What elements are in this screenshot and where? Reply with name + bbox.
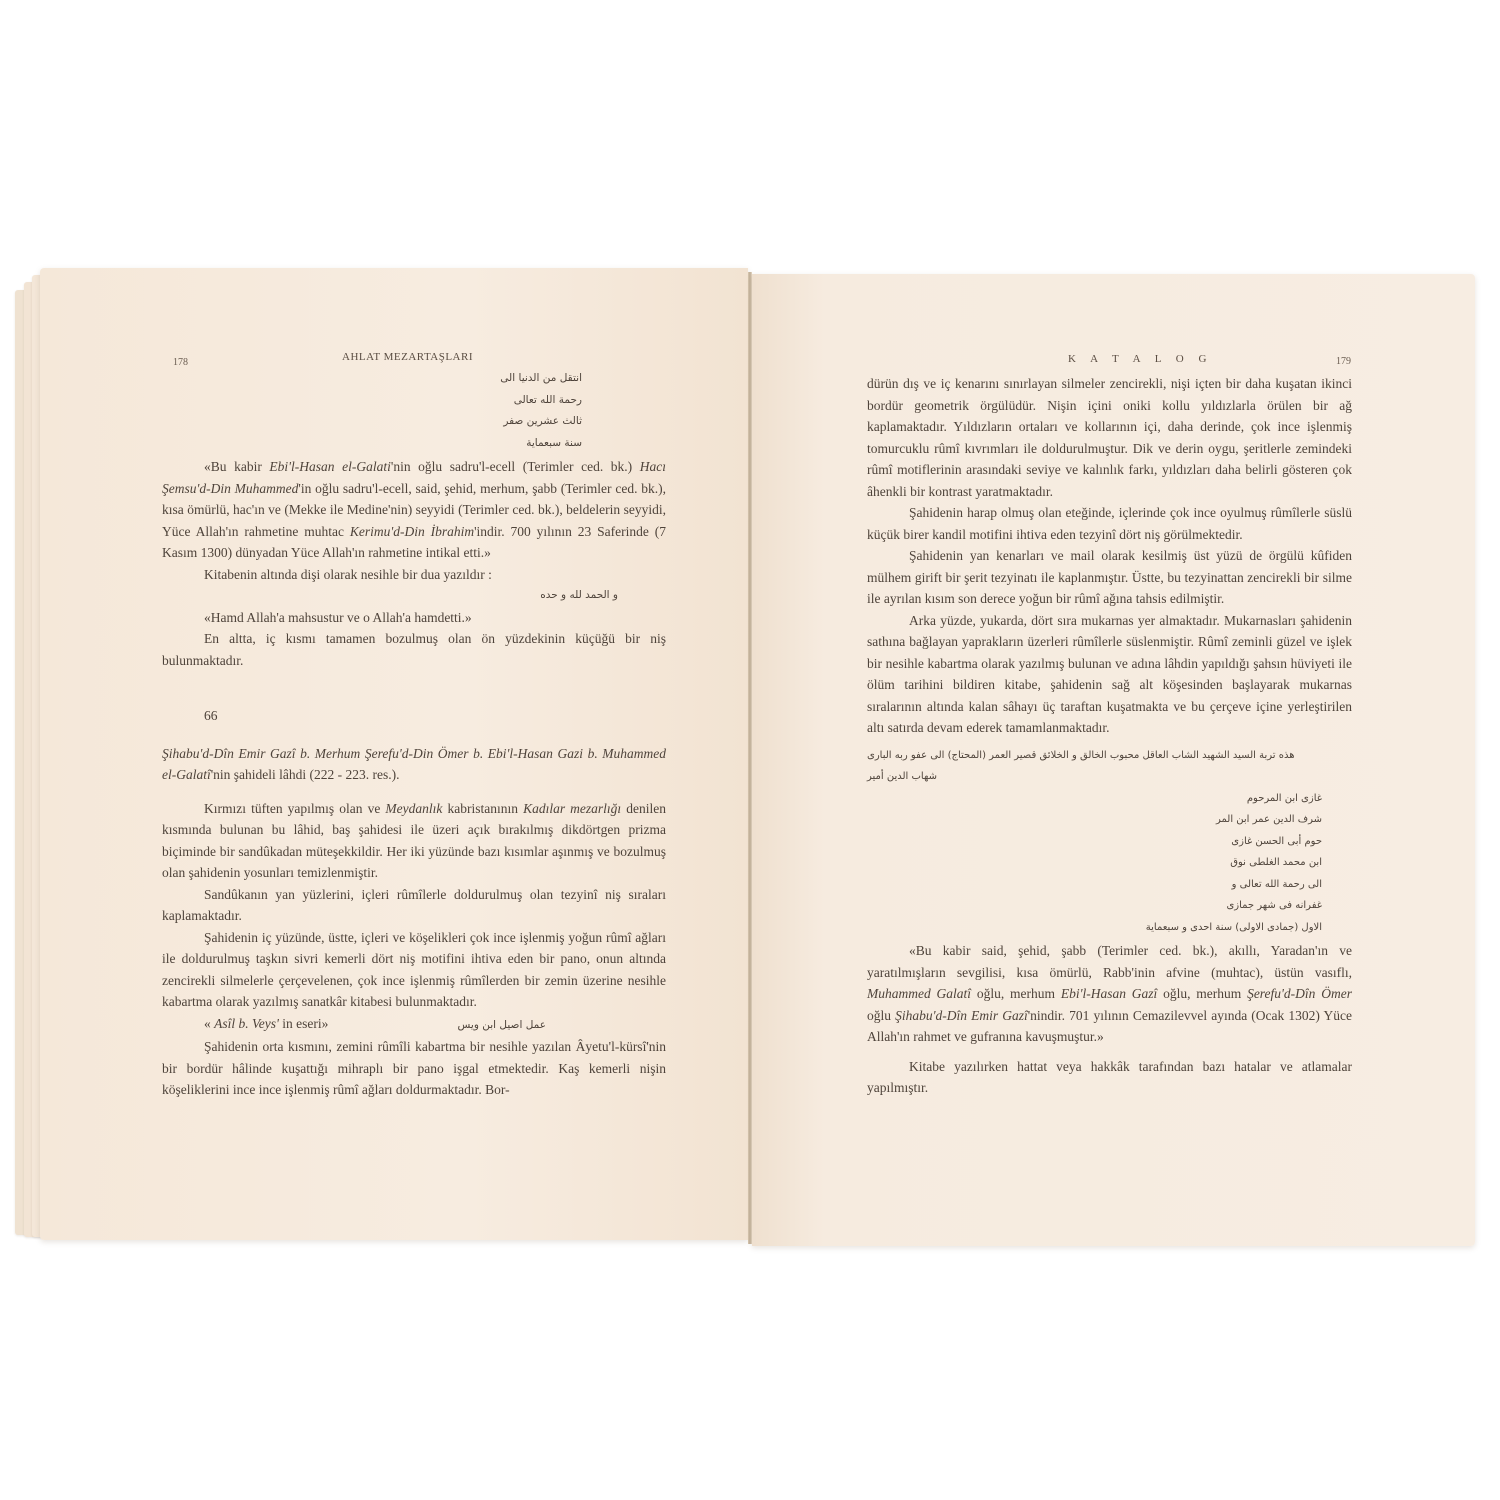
- paragraph: Şahidenin harap olmuş olan eteğinde, içl…: [867, 502, 1352, 545]
- arabic-line: انتقل من الدنيا الى: [470, 368, 582, 390]
- paragraph: Kırmızı tüften yapılmış olan ve Meydanlı…: [162, 798, 666, 884]
- arabic-dua: و الحمد لله و حده: [162, 585, 666, 607]
- arabic-line: ثالث عشرين صفر: [470, 411, 582, 433]
- arabic-line: الاول (جمادى الاولى) سنة احدى و سبعماية: [867, 917, 1322, 939]
- paragraph: Şahidenin yan kenarları ve mail olarak k…: [867, 545, 1352, 610]
- signature-line: « Asîl b. Veys' in eseri» عمل اصيل ابن و…: [162, 1013, 666, 1037]
- arabic-line: ابن محمد الغلطى نوق: [867, 852, 1322, 874]
- signature-arabic: عمل اصيل ابن ويس: [458, 1015, 666, 1037]
- arabic-line: غفرانه فى شهر جمازى: [867, 895, 1322, 917]
- page-number-right: 179: [1336, 356, 1351, 367]
- paragraph: Şahidenin orta kısmını, zemini rûmîli ka…: [162, 1036, 666, 1101]
- paragraph: dürün dış ve iç kenarını sınırlayan silm…: [867, 373, 1352, 502]
- left-page: 178 AHLAT MEZARTAŞLARI انتقل من الدنيا ا…: [40, 268, 748, 1240]
- paragraph: Şahidenin iç yüzünde, üstte, içleri ve k…: [162, 927, 666, 1013]
- running-head-left: AHLAT MEZARTAŞLARI: [342, 351, 473, 363]
- signature-text: « Asîl b. Veys' in eseri»: [204, 1013, 328, 1035]
- right-page: K A T A L O G 179 dürün dış ve iç kenarı…: [752, 274, 1475, 1246]
- left-text-column-entry: 66 Şihabu'd-Dîn Emir Gazî b. Merhum Şere…: [162, 705, 666, 1101]
- closing-paragraph: Kitabe yazılırken hattat veya hakkâk tar…: [867, 1056, 1352, 1099]
- arabic-line: الى رحمة الله تعالى و: [867, 874, 1322, 896]
- arabic-line: هذه تربة السيد الشهيد الشاب العاقل محبوب…: [867, 745, 1322, 788]
- arabic-inscription: هذه تربة السيد الشهيد الشاب العاقل محبوب…: [867, 745, 1352, 939]
- paragraph: Arka yüzde, yukarda, dört sıra mukarnas …: [867, 610, 1352, 739]
- quote-dua: «Hamd Allah'a mahsustur ve o Allah'a ham…: [162, 607, 666, 629]
- paragraph: Sandûkanın yan yüzlerini, içleri rûmîler…: [162, 884, 666, 927]
- left-text-column-top: «Bu kabir Ebi'l-Hasan el-Galati'nin oğlu…: [162, 456, 666, 671]
- arabic-line: حوم أبى الحسن غازى: [867, 831, 1322, 853]
- arabic-line: غازى ابن المرحوم: [867, 788, 1322, 810]
- arabic-line: شرف الدين عمر ابن المر: [867, 809, 1322, 831]
- arabic-line: رحمة الله تعالى: [470, 390, 582, 412]
- quote-translation: «Bu kabir said, şehid, şabb (Terimler ce…: [867, 940, 1352, 1048]
- running-head-right: K A T A L O G: [1068, 353, 1212, 365]
- arabic-line: سنة سبعماية: [470, 433, 582, 455]
- right-text-column: dürün dış ve iç kenarını sınırlayan silm…: [867, 373, 1352, 1099]
- page-number-left: 178: [173, 357, 188, 368]
- arabic-inscription-top: انتقل من الدنيا الى رحمة الله تعالى ثالث…: [470, 368, 582, 454]
- paragraph-dua: Kitabenin altında dişi olarak nesihle bi…: [162, 564, 666, 586]
- entry-title: Şihabu'd-Dîn Emir Gazî b. Merhum Şerefu'…: [162, 743, 666, 786]
- paragraph-nis: En altta, iç kısmı tamamen bozulmuş olan…: [162, 628, 666, 671]
- quote-translation: «Bu kabir Ebi'l-Hasan el-Galati'nin oğlu…: [162, 456, 666, 564]
- entry-number: 66: [162, 705, 666, 727]
